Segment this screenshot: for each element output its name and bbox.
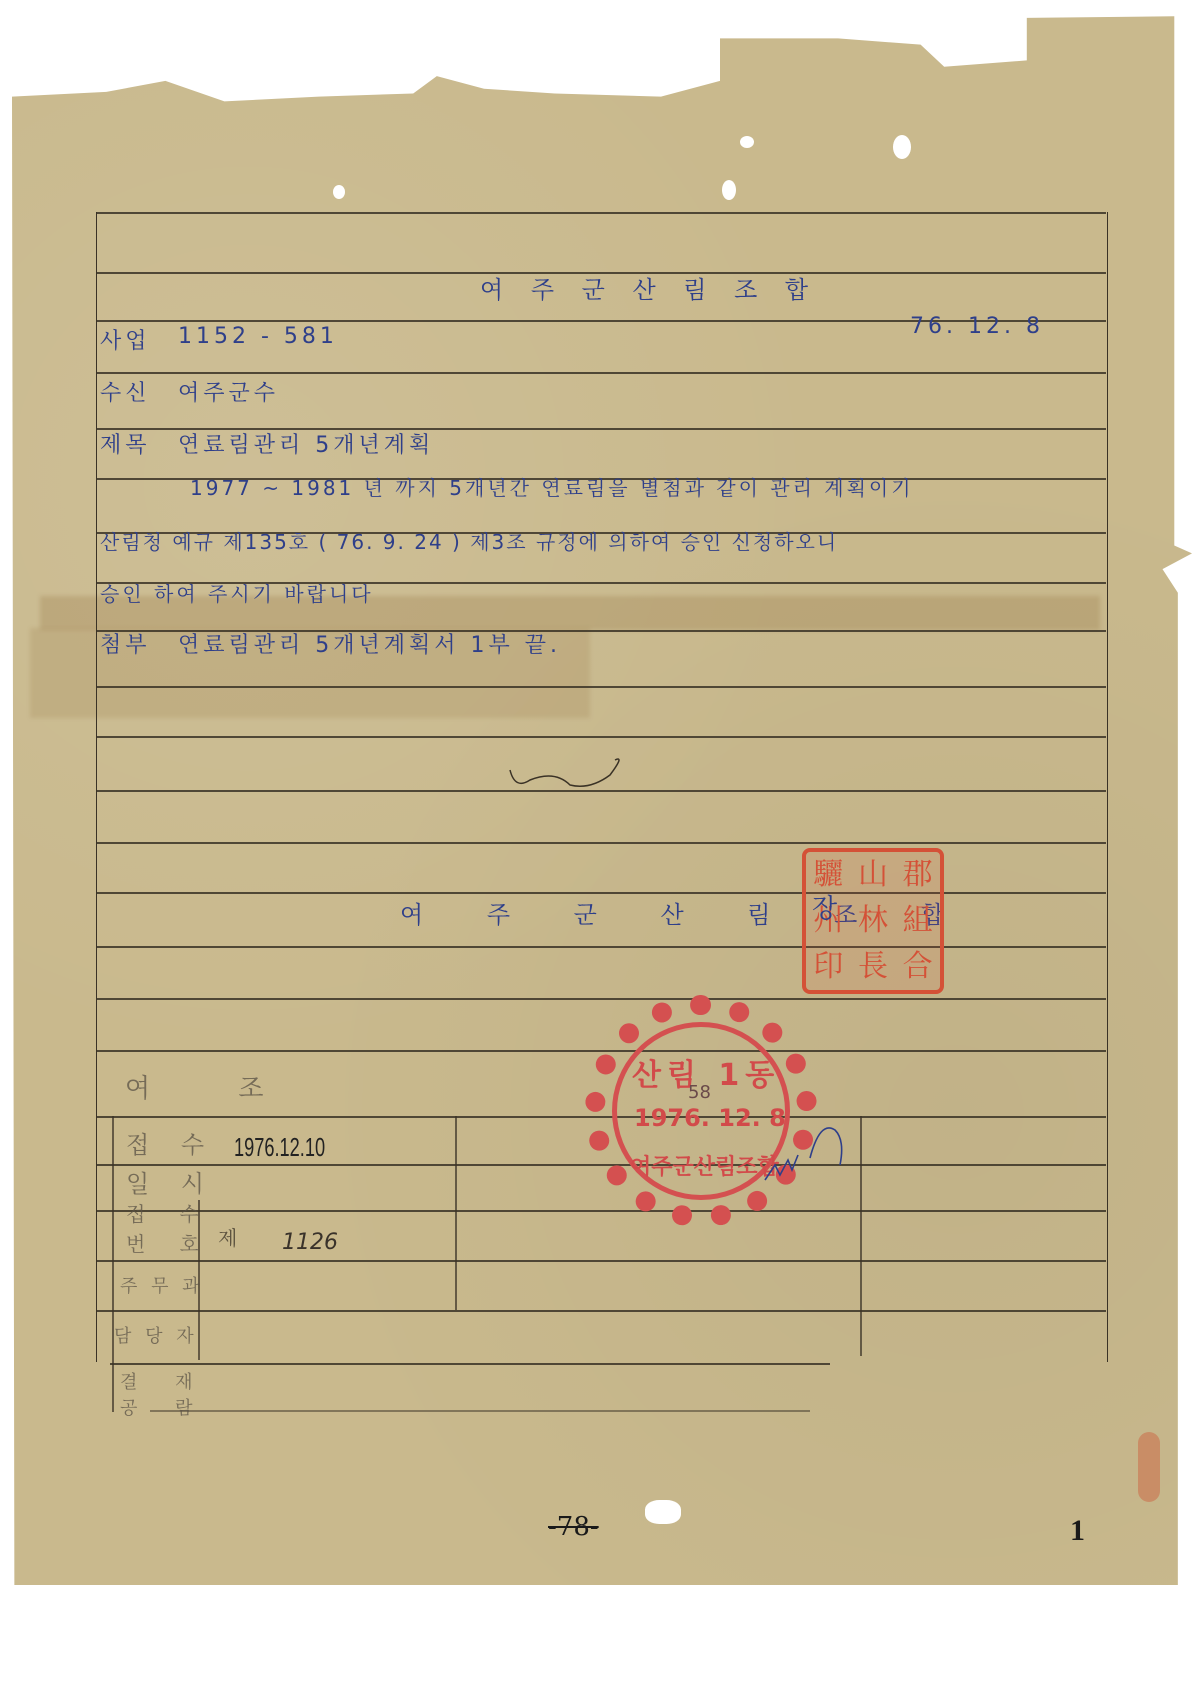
seal-char: 山 <box>851 860 896 890</box>
rule-line <box>96 946 1106 948</box>
body-line-1: 1977 ~ 1981 년 까지 5개년간 연료림을 별첨과 같이 관리 계획이… <box>190 472 914 501</box>
table-divider <box>455 1116 457 1310</box>
rule-line <box>96 212 1106 214</box>
row-label-receipt: 접 수 <box>126 1198 213 1227</box>
row-label-datetime: 일 시 <box>126 1164 216 1199</box>
rule-line <box>96 686 1106 688</box>
rule-line <box>96 842 1106 844</box>
rule-line <box>96 998 1106 1000</box>
paper-hole <box>722 180 736 200</box>
paper-hole <box>740 136 754 148</box>
rule-line <box>96 736 1106 738</box>
stamp-number: 58 <box>688 1082 711 1103</box>
rule-line <box>96 1260 1106 1262</box>
rule-line <box>150 1410 810 1412</box>
stamp-bottom-text: 여주군산림조합 <box>630 1150 779 1181</box>
seal-char: 印 <box>806 952 851 982</box>
document-date: 76. 12. 8 <box>910 314 1044 339</box>
page-number: 1 <box>1070 1514 1085 1548</box>
table-divider <box>860 1116 862 1356</box>
sender-suffix: 장 <box>812 888 841 925</box>
row-label-dept: 주 무 과 <box>120 1272 204 1298</box>
paper-hole <box>333 185 345 199</box>
rule-line <box>96 892 1106 894</box>
receipt-header: 여 조 <box>125 1068 304 1105</box>
recipient-label: 수신 <box>100 376 151 407</box>
doc-number-label: 사업 <box>100 324 151 355</box>
received-date-stamp: 1976.12.10 <box>234 1132 325 1163</box>
letterhead: 여 주 군 산 림 조 합 <box>480 270 818 305</box>
seal-char: 郡 <box>895 860 940 890</box>
tape-mark <box>1138 1432 1160 1502</box>
rule-line <box>96 1310 1106 1312</box>
signature-scribble <box>500 750 640 800</box>
attachment-label: 첨부 <box>100 628 151 659</box>
doc-number: 1152 - 581 <box>178 324 338 349</box>
body-line-3: 승인 하여 주시기 바랍니다 <box>100 578 374 607</box>
seal-char: 組 <box>895 906 940 936</box>
attachment: 연료림관리 5개년계획서 1부 끝. <box>178 628 561 659</box>
row-label-approval: 결 재 <box>120 1368 209 1394</box>
rule-line <box>96 372 1106 374</box>
initial-signature <box>760 1110 850 1190</box>
row-label-circulation: 공 람 <box>120 1394 209 1420</box>
crossed-out-page-number: -78- <box>548 1512 599 1542</box>
paper-hole <box>893 135 911 159</box>
seal-char: 合 <box>895 952 940 982</box>
receipt-prefix: 제 <box>218 1222 237 1251</box>
rule-line <box>110 1363 830 1365</box>
subject-label: 제목 <box>100 428 151 459</box>
row-label-officer: 담 당 자 <box>114 1322 198 1348</box>
seal-char: 驪 <box>806 860 851 890</box>
rule-line <box>96 1210 1106 1212</box>
paper-hole <box>645 1500 681 1524</box>
row-label-received: 접 수 <box>126 1125 216 1160</box>
receipt-number: 1126 <box>282 1230 338 1255</box>
row-label-number: 번 호 <box>126 1228 213 1257</box>
subject: 연료림관리 5개년계획 <box>178 428 434 459</box>
body-line-2: 산림청 예규 제135호 ( 76. 9. 24 ) 제3조 규정에 의하여 승… <box>100 526 838 555</box>
seal-char: 林 <box>851 906 896 936</box>
table-divider <box>112 1116 114 1412</box>
recipient: 여주군수 <box>178 376 279 407</box>
seal-char: 長 <box>851 952 896 982</box>
